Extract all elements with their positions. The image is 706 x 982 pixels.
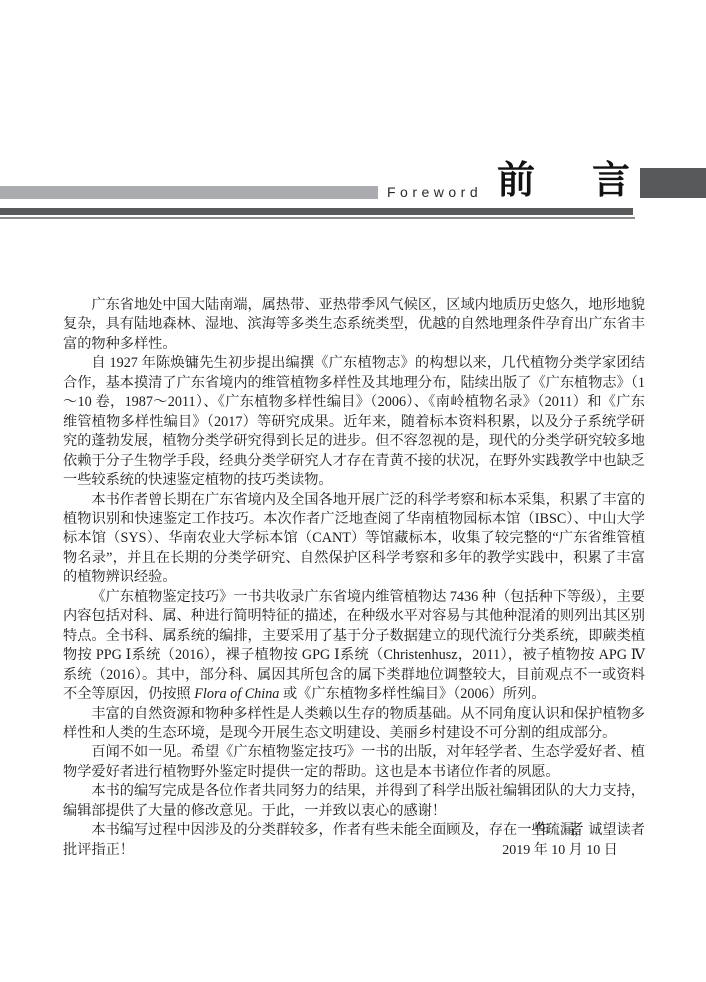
- header-corner-block: [640, 168, 706, 198]
- paragraph-4-text-post: 或《广东植物多样性编目》（2006）所列。: [279, 686, 545, 702]
- paragraph-3: 本书作者曾长期在广东省境内及全国各地开展广泛的科学考察和标本采集，积累了丰富的植…: [63, 491, 645, 588]
- paragraph-5: 丰富的自然资源和物种多样性是人类赖以生存的物质基础。从不同角度认识和保护植物多样…: [63, 705, 645, 744]
- header-light-bar: [0, 186, 378, 199]
- preface-body: 广东省地处中国大陆南端，属热带、亚热带季风气候区，区域内地质历史悠久，地形地貌复…: [63, 296, 645, 860]
- header-rule-thin: [0, 217, 635, 219]
- title-char-qian: 前: [497, 162, 535, 200]
- paragraph-6: 百闻不如一见。希望《广东植物鉴定技巧》一书的出版，对年轻学者、生态学爱好者、植物…: [63, 743, 645, 782]
- author-line: 作 者: [460, 821, 660, 840]
- paragraph-4: 《广东植物鉴定技巧》一书共收录广东省境内维管植物达 7436 种（包括种下等级）…: [63, 588, 645, 705]
- paragraph-7: 本书的编写完成是各位作者共同努力的结果，并得到了科学出版社编辑团队的大力支持，编…: [63, 782, 645, 821]
- header-rule-thick: [0, 208, 633, 215]
- foreword-label: Foreword: [387, 184, 482, 200]
- page-title: 前 言: [497, 162, 630, 200]
- paragraph-1: 广东省地处中国大陆南端，属热带、亚热带季风气候区，区域内地质历史悠久，地形地貌复…: [63, 296, 645, 354]
- paragraph-2: 自 1927 年陈焕镛先生初步提出编撰《广东植物志》的构想以来，几代植物分类学家…: [63, 354, 645, 490]
- paragraph-4-book-title-italic: Flora of China: [194, 686, 279, 702]
- preface-page: Foreword 前 言 广东省地处中国大陆南端，属热带、亚热带季风气候区，区域…: [0, 0, 706, 982]
- signature-block: 作 者 2019 年 10 月 10 日: [460, 821, 660, 860]
- date-line: 2019 年 10 月 10 日: [460, 841, 660, 860]
- title-char-yan: 言: [592, 162, 630, 200]
